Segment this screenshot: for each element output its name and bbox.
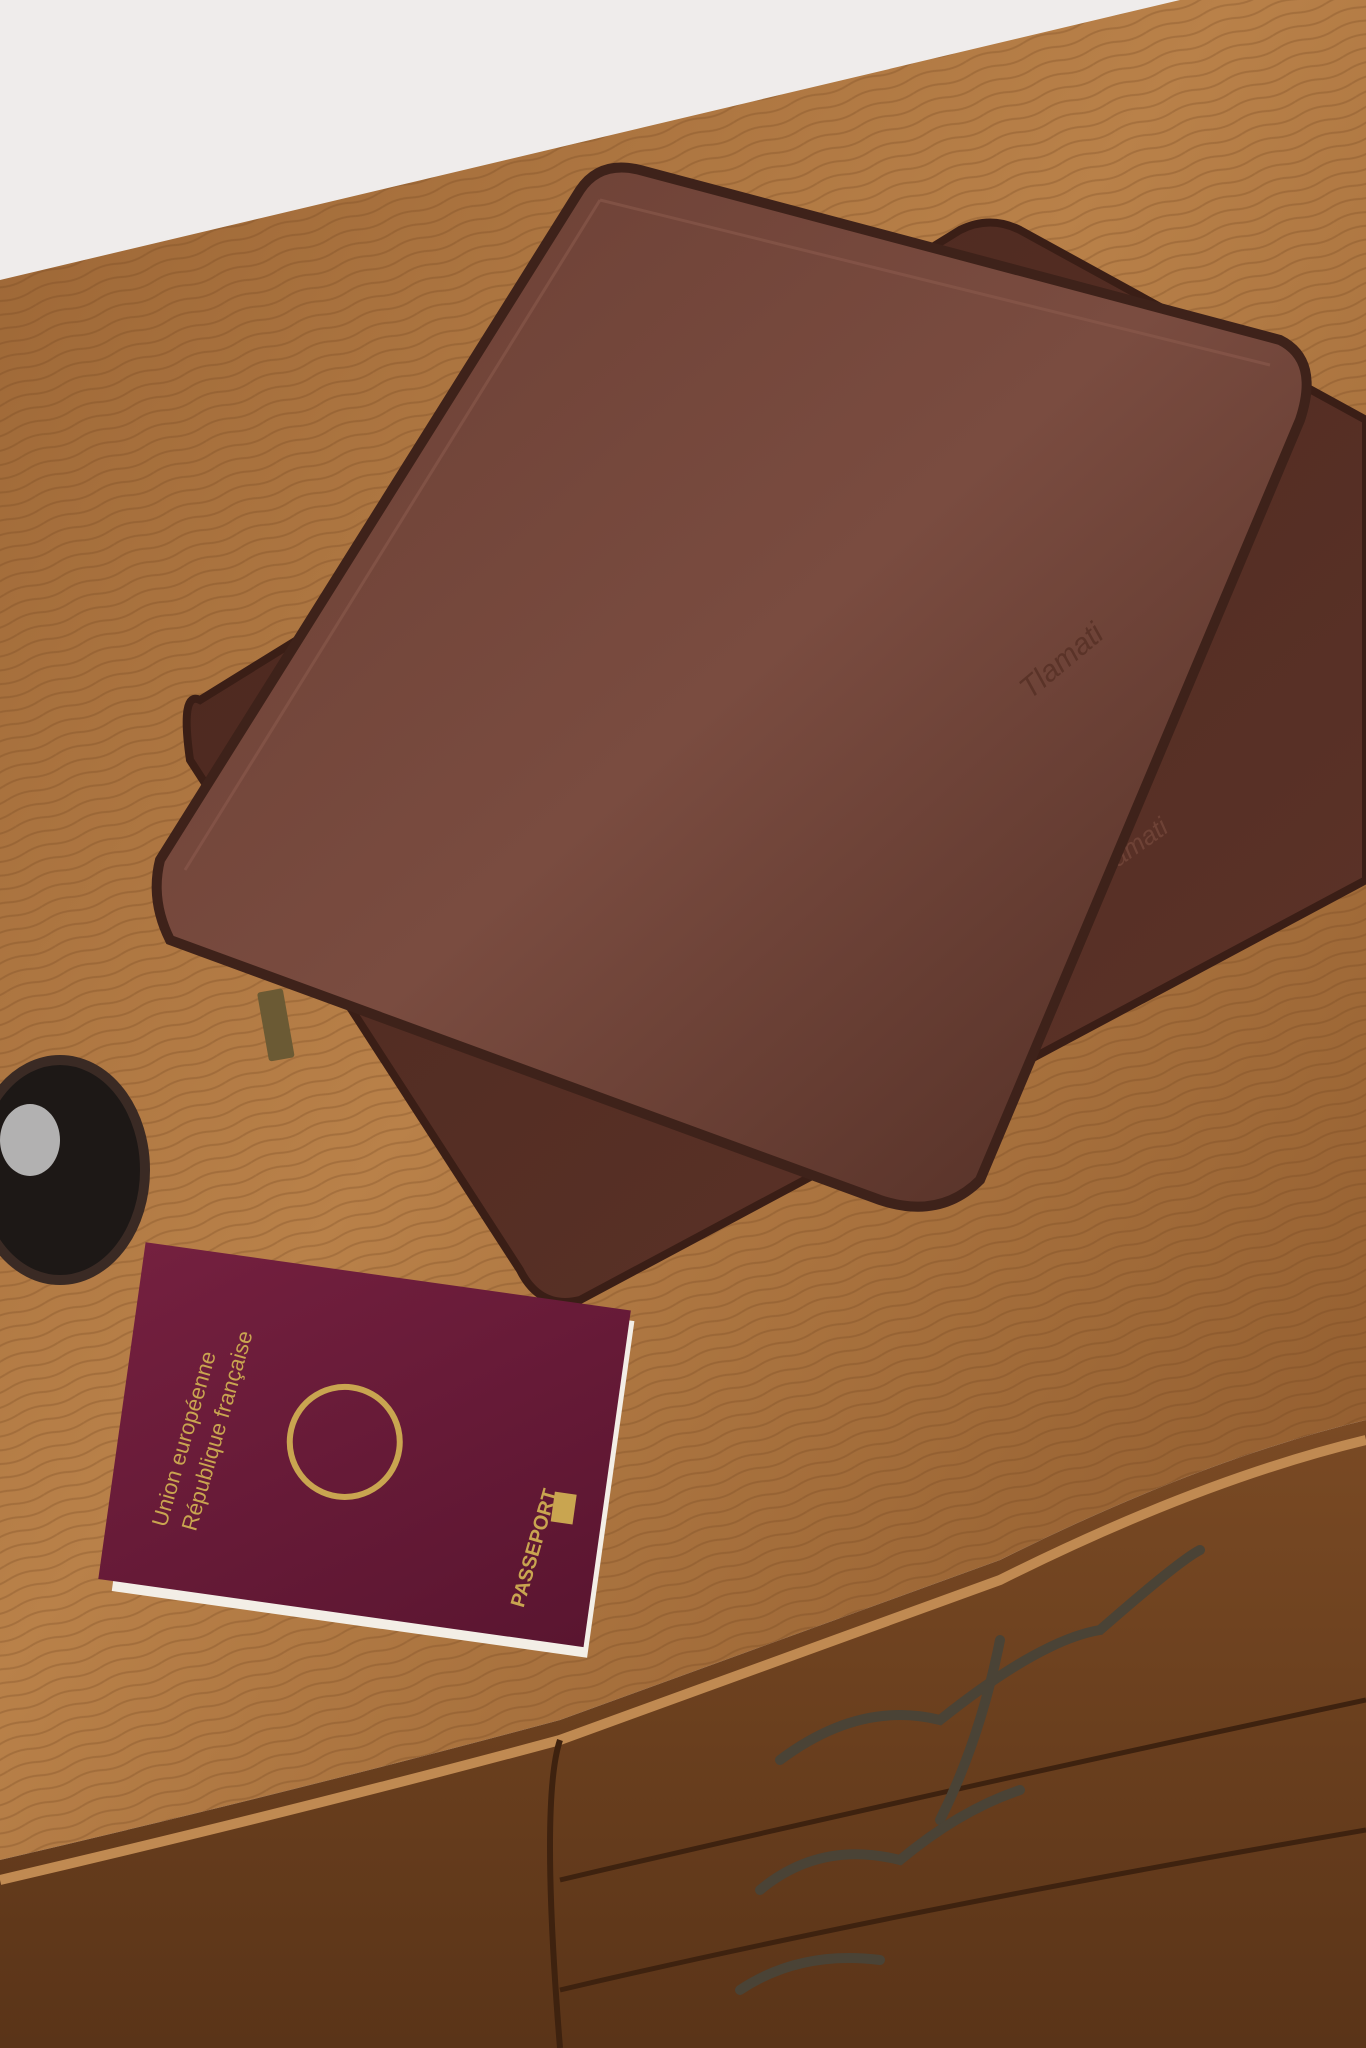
- biometric-chip-icon: [551, 1492, 577, 1525]
- photo-canvas: Tlamati Tlamati Union européenne Républi…: [0, 0, 1366, 2048]
- passport: Union européenne République française PA…: [97, 1242, 636, 1657]
- sunglasses: [0, 1060, 145, 1280]
- product-photo: Tlamati Tlamati Union européenne Républi…: [0, 0, 1366, 2048]
